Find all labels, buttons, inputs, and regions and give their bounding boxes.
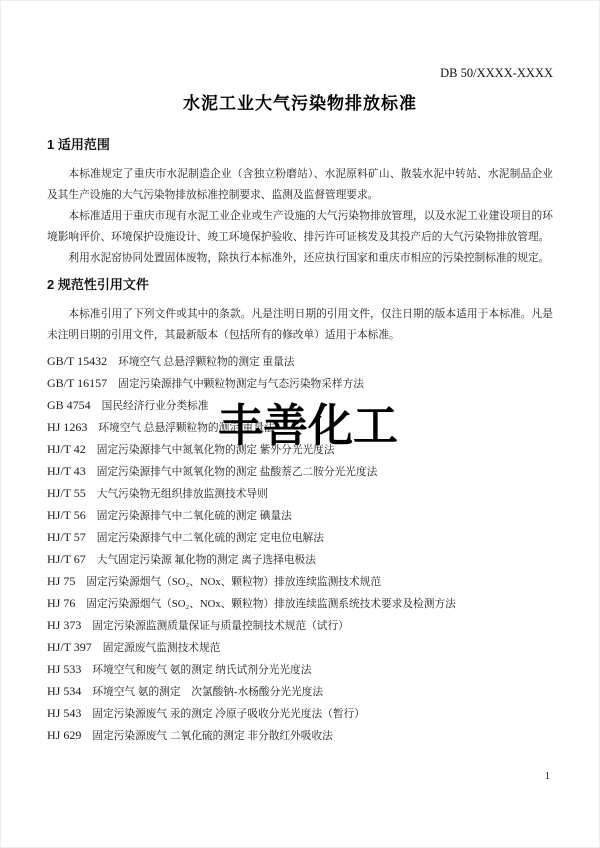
reference-code: HJ/T 43 xyxy=(47,464,86,478)
reference-title: 固定污染源烟气（SO₂、NOx、颗粒物）排放连续监测系统技术要求及检测方法 xyxy=(86,598,455,610)
reference-list: GB/T 15432环境空气 总悬浮颗粒物的测定 重量法 GB/T 16157固… xyxy=(47,351,553,747)
reference-title: 固定污染源排气中颗粒物测定与气态污染物采样方法 xyxy=(118,378,364,390)
reference-code: HJ 75 xyxy=(47,574,75,588)
reference-item: GB/T 16157固定污染源排气中颗粒物测定与气态污染物采样方法 xyxy=(47,373,553,395)
reference-title: 固定污染源废气 二氧化硫的测定 非分散红外吸收法 xyxy=(92,730,332,742)
body-paragraph: 本标准规定了重庆市水泥制造企业（含独立粉磨站）、水泥原料矿山、散装水泥中转站、水… xyxy=(47,164,553,206)
section-1-body: 本标准规定了重庆市水泥制造企业（含独立粉磨站）、水泥原料矿山、散装水泥中转站、水… xyxy=(47,164,553,269)
document-page: DB 50/XXXX-XXXX 水泥工业大气污染物排放标准 1 适用范围 本标准… xyxy=(0,0,600,848)
reference-code: HJ 533 xyxy=(47,662,81,676)
reference-title: 环境空气 总悬浮颗粒物的测定 重量法 xyxy=(118,356,294,368)
reference-title: 大气固定污染源 氟化物的测定 离子选择电极法 xyxy=(97,554,316,566)
reference-item: HJ 373固定污染源监测质量保证与质量控制技术规范（试行） xyxy=(47,615,553,637)
reference-title: 固定污染源排气中二氧化硫的测定 碘量法 xyxy=(97,510,292,522)
reference-code: HJ/T 56 xyxy=(47,508,86,522)
reference-title: 环境空气 总悬浮颗粒物的测定 重量法 xyxy=(98,422,274,434)
reference-code: GB/T 15432 xyxy=(47,354,107,368)
reference-item: HJ 1263环境空气 总悬浮颗粒物的测定 重量法 xyxy=(47,417,553,439)
page-number: 1 xyxy=(545,770,550,784)
reference-code: HJ/T 42 xyxy=(47,442,86,456)
reference-code: HJ 543 xyxy=(47,706,81,720)
document-title: 水泥工业大气污染物排放标准 xyxy=(47,93,553,115)
body-paragraph: 利用水泥窑协同处置固体废物，除执行本标准外，还应执行国家和重庆市相应的污染控制标… xyxy=(47,248,553,269)
reference-code: HJ 629 xyxy=(47,728,81,742)
reference-item: HJ/T 56固定污染源排气中二氧化硫的测定 碘量法 xyxy=(47,505,553,527)
reference-title: 固定污染源排气中二氧化硫的测定 定电位电解法 xyxy=(97,532,324,544)
reference-code: GB/T 16157 xyxy=(47,376,107,390)
reference-code: HJ 373 xyxy=(47,618,81,632)
reference-item: GB/T 15432环境空气 总悬浮颗粒物的测定 重量法 xyxy=(47,351,553,373)
reference-title: 环境空气和废气 氨的测定 纳氏试剂分光光度法 xyxy=(92,664,311,676)
section-2-heading: 2 规范性引用文件 xyxy=(47,278,553,292)
section-1-heading: 1 适用范围 xyxy=(47,138,553,152)
reference-code: GB 4754 xyxy=(47,398,91,412)
reference-item: HJ 76固定污染源烟气（SO₂、NOx、颗粒物）排放连续监测系统技术要求及检测… xyxy=(47,593,553,615)
reference-title: 固定污染源废气 汞的测定 冷原子吸收分光光度法（暂行） xyxy=(92,708,365,720)
reference-item: HJ 534环境空气 氨的测定 次氯酸钠-水杨酸分光光度法 xyxy=(47,681,553,703)
reference-title: 固定污染源排气中氮氧化物的测定 盐酸萘乙二胺分光光度法 xyxy=(97,466,378,478)
reference-title: 国民经济行业分类标准 xyxy=(102,400,209,412)
reference-item: GB 4754国民经济行业分类标准 xyxy=(47,395,553,417)
reference-code: HJ/T 55 xyxy=(47,486,86,500)
reference-code: HJ/T 397 xyxy=(47,640,92,654)
reference-code: HJ 1263 xyxy=(47,420,87,434)
reference-title: 固定污染源监测质量保证与质量控制技术规范（试行） xyxy=(92,620,349,632)
reference-title: 固定污染源排气中氮氧化物的测定 紫外分光光度法 xyxy=(97,444,335,456)
reference-item: HJ/T 67大气固定污染源 氟化物的测定 离子选择电极法 xyxy=(47,549,553,571)
reference-item: HJ 75固定污染源烟气（SO₂、NOx、颗粒物）排放连续监测技术规范 xyxy=(47,571,553,593)
reference-item: HJ 629固定污染源废气 二氧化硫的测定 非分散红外吸收法 xyxy=(47,725,553,747)
reference-item: HJ/T 42固定污染源排气中氮氧化物的测定 紫外分光光度法 xyxy=(47,439,553,461)
reference-code: HJ 534 xyxy=(47,684,81,698)
reference-title: 环境空气 氨的测定 次氯酸钠-水杨酸分光光度法 xyxy=(92,686,323,698)
reference-code: HJ 76 xyxy=(47,596,75,610)
reference-code: HJ/T 67 xyxy=(47,552,86,566)
reference-title: 固定污染源烟气（SO₂、NOx、颗粒物）排放连续监测技术规范 xyxy=(86,576,381,588)
reference-item: HJ/T 397固定源废气监测技术规范 xyxy=(47,637,553,659)
reference-item: HJ/T 57固定污染源排气中二氧化硫的测定 定电位电解法 xyxy=(47,527,553,549)
reference-item: HJ/T 55大气污染物无组织排放监测技术导则 xyxy=(47,483,553,505)
body-paragraph: 本标准适用于重庆市现有水泥工业企业或生产设施的大气污染物排放管理，以及水泥工业建… xyxy=(47,206,553,248)
reference-item: HJ 533环境空气和废气 氨的测定 纳氏试剂分光光度法 xyxy=(47,659,553,681)
section-2-intro-paragraph: 本标准引用了下列文件或其中的条款。凡是注明日期的引用文件，仅注日期的版本适用于本… xyxy=(47,304,553,346)
reference-code: HJ/T 57 xyxy=(47,530,86,544)
reference-item: HJ 543固定污染源废气 汞的测定 冷原子吸收分光光度法（暂行） xyxy=(47,703,553,725)
reference-title: 大气污染物无组织排放监测技术导则 xyxy=(97,488,268,500)
reference-title: 固定源废气监测技术规范 xyxy=(103,642,221,654)
reference-item: HJ/T 43固定污染源排气中氮氧化物的测定 盐酸萘乙二胺分光光度法 xyxy=(47,461,553,483)
standard-code: DB 50/XXXX-XXXX xyxy=(47,66,553,80)
